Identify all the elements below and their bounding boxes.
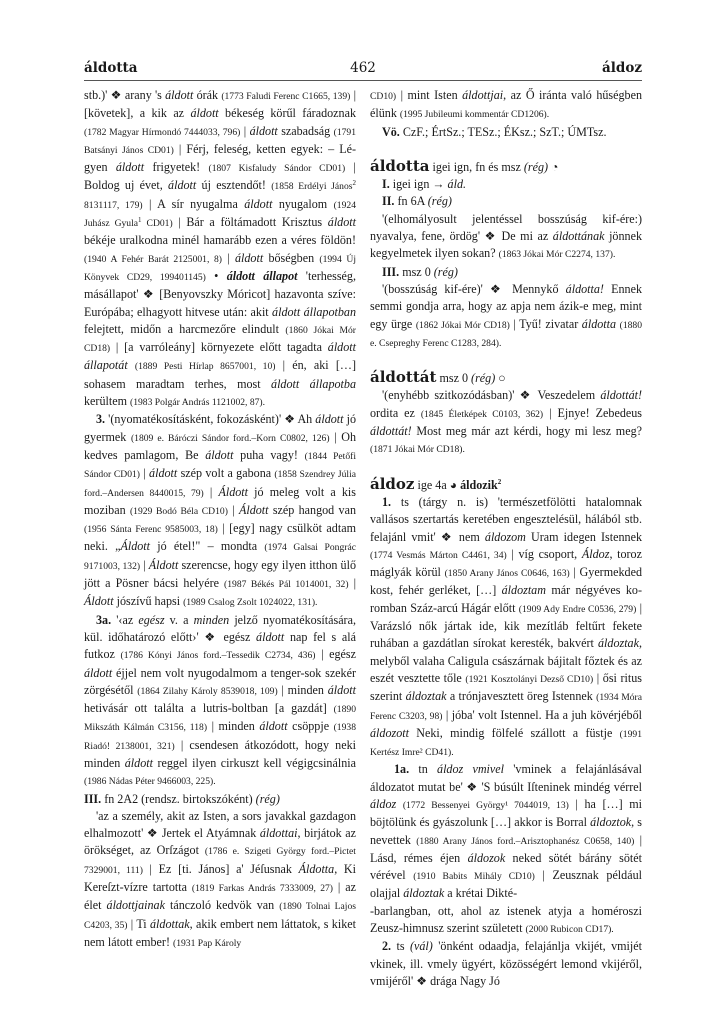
entry-continuation: CD10) | mint Isten áldottjai, az Ő iránt… [370, 87, 642, 124]
sense-III-body: 'az a személy, akit az Isten, a sors jav… [84, 808, 356, 952]
left-guide-word: áldotta [84, 60, 138, 76]
frequency-mark-icon: ◕ [450, 478, 457, 492]
citation-marker-icon: ❖ [111, 88, 122, 102]
citation-marker-icon: ❖ [147, 826, 158, 840]
sense-III: III. msz 0 (rég) [370, 264, 642, 281]
citation-marker-icon: ❖ [441, 530, 454, 544]
citation-marker-icon: ❖ [143, 287, 155, 301]
citation-marker-icon: ❖ [490, 282, 505, 296]
citation-marker-icon: ❖ [204, 630, 218, 644]
right-column: CD10) | mint Isten áldottjai, az Ő iránt… [370, 87, 642, 990]
entry-aldotta: áldotta igei ign, fn és msz (rég) ◔ [370, 158, 642, 176]
see-also: Vö. CzF.; ÉrtSz.; TESz.; ÉKsz.; SzT.; ÚM… [370, 124, 642, 141]
page-number: 462 [350, 60, 376, 76]
cross-reference-link[interactable]: áld. [448, 177, 466, 191]
sense-II: II. fn 6A (rég) [370, 193, 642, 210]
sense-II-body: '(elhomályosult jelentéssel bosszúság ki… [370, 211, 642, 264]
headword: áldottát [370, 368, 436, 386]
sense-1: 1. ts (tárgy n. is) 'természetfölötti ha… [370, 494, 642, 761]
sense-I: I. igei ign → áld. [370, 176, 642, 193]
right-guide-word: áldoz [602, 60, 642, 76]
headword: áldoz [370, 475, 414, 493]
citation-marker-icon: ❖ [416, 974, 427, 988]
citation-marker-icon: ❖ [466, 780, 477, 794]
sense-3: 3. '(nyomatékosításként, fokozásként)' ❖… [84, 411, 356, 611]
variant-headword: áldozik2 [460, 478, 501, 492]
arrow-icon: → [432, 177, 444, 191]
entry-aldottat: áldottát msz 0 (rég) ○ [370, 369, 642, 387]
sense-III-body: '(bosszúság kif-ére)' ❖ Mennykő áldotta!… [370, 281, 642, 352]
entry-continuation: stb.)' ❖ arany 's áldott órák (1773 Falu… [84, 87, 356, 411]
frequency-mark-icon: ○ [498, 371, 505, 385]
bullet-icon: • [214, 269, 218, 283]
sense-1a: 1a. tn áldoz vmivel 'vminek a felajánlás… [370, 761, 642, 938]
citation-marker-icon: ❖ [284, 412, 295, 426]
frequency-mark-icon: ◔ [551, 160, 558, 174]
entry-aldoz: áldoz ige 4a ◕ áldozik2 [370, 476, 642, 494]
sense-2: 2. ts (vál) 'önként odaadja, felajánlja … [370, 938, 642, 990]
left-column: stb.)' ❖ arany 's áldott órák (1773 Falu… [84, 87, 356, 952]
sense-III: III. fn 2A2 (rendsz. birtokszóként) (rég… [84, 791, 356, 808]
citation-marker-icon: ❖ [485, 229, 497, 243]
sense-3a: 3a. '‹az egész v. a minden jelző nyomaté… [84, 612, 356, 791]
page-header: áldotta 462 áldoz [84, 60, 642, 80]
headword: áldotta [370, 157, 430, 175]
citation-marker-icon: ❖ [520, 388, 533, 402]
header-divider [84, 80, 642, 81]
entry-aldottat-body: '(enyhébb szitkozódásban)' ❖ Veszedelem … [370, 387, 642, 458]
